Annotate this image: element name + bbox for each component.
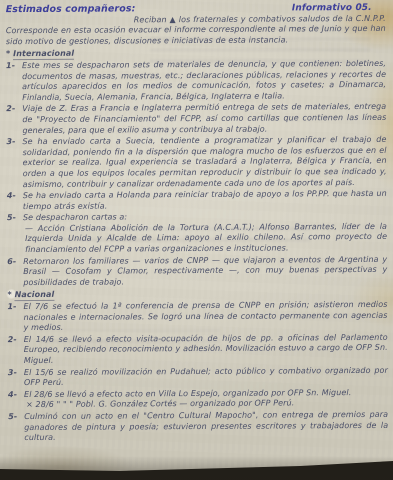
intro-paragraph: Reciban ▲ los fraternales y combativos s…	[6, 13, 386, 47]
item-text: El 14/6 se llevó a efecto visita-ocupaci…	[24, 333, 388, 367]
section-title-text: Internacional	[13, 49, 74, 60]
item-lead-text: Se despacharon cartas a:	[23, 213, 127, 223]
item-number: 4-	[8, 390, 24, 411]
list-item: 6- Retornaron los familiares — varios de…	[7, 254, 387, 288]
item-text: Este mes se despacharon sets de material…	[22, 59, 386, 104]
list-item: 5- Culminó con un acto en el "Centro Cul…	[8, 410, 388, 444]
item-number: 5-	[7, 213, 23, 255]
item-number: 2-	[6, 104, 22, 136]
item-number: 1-	[7, 302, 23, 334]
list-item: 5- Se despacharon cartas a: — Acción Cri…	[7, 211, 387, 256]
list-item: 4- Se ha enviado carta a Holanda para re…	[7, 189, 387, 213]
item-text: El 15/6 se realizó movilización en Pudah…	[24, 365, 388, 388]
list-item: 1- El 7/6 se efectuó la 1ª conferencia d…	[7, 300, 387, 334]
item-number: 3-	[6, 137, 22, 190]
item-text: Se despacharon cartas a: — Acción Cristi…	[23, 211, 387, 256]
section-title-text: Nacional	[15, 290, 55, 301]
item-number: 6-	[7, 257, 23, 289]
item-text: El 28/6 se llevó a efecto acto en Villa …	[24, 388, 388, 411]
list-item: 4- El 28/6 se llevó a efecto acto en Vil…	[8, 388, 388, 412]
section-bullet: *	[7, 291, 11, 300]
scanned-paper-page: Estimados compañeros: Informativo 05. Re…	[0, 0, 393, 472]
item-text: Se ha enviado carta a Suecia, tendiente …	[22, 135, 386, 190]
list-item: 2- El 14/6 se llevó a efecto visita-ocup…	[8, 333, 388, 367]
item-lead-text: El 28/6 se llevó a efecto acto en Villa …	[24, 388, 351, 399]
handwritten-text: Estimados compañeros: Informativo 05. Re…	[6, 3, 389, 445]
doc-number: Informativo 05.	[292, 3, 386, 14]
item-text: Viaje de Z. Eras a Francia e Inglaterra …	[22, 102, 386, 136]
item-number: 2-	[8, 335, 24, 367]
item-text: Retornaron los familiares — varios de CN…	[23, 254, 387, 288]
salutation: Estimados compañeros:	[6, 4, 136, 15]
item-text: Se ha enviado carta a Holanda para reini…	[23, 189, 387, 212]
list-item: 2- Viaje de Z. Eras a Francia e Inglater…	[6, 102, 386, 136]
list-item: 1- Este mes se despacharon sets de mater…	[6, 59, 386, 104]
list-item: 3- Se ha enviado carta a Suecia, tendien…	[6, 135, 386, 190]
section-bullet: *	[6, 50, 10, 59]
sub-item-text: × 28/6 " " " Pobl. G. González Cortés — …	[26, 398, 388, 411]
item-text: El 7/6 se efectuó la 1ª conferencia de p…	[23, 300, 387, 334]
item-text: Culminó con un acto en el "Centro Cultur…	[24, 410, 388, 444]
item-number: 1-	[6, 61, 22, 103]
list-item: 3- El 15/6 se realizó movilización en Pu…	[8, 365, 388, 389]
item-number: 3-	[8, 368, 24, 389]
item-number: 5-	[8, 412, 24, 444]
item-number: 4-	[7, 191, 23, 212]
sub-item-text: — Acción Cristiana Abolición de la Tortu…	[25, 222, 387, 256]
